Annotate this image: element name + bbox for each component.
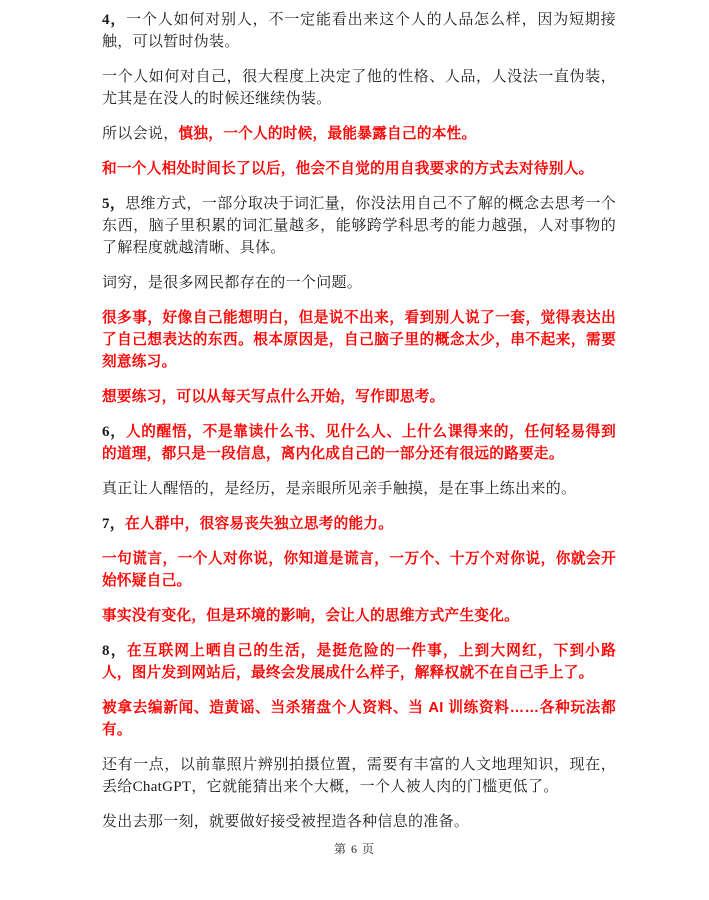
text-segment: 词穷，是很多网民都存在的一个问题。: [102, 275, 362, 291]
document-page: 4，一个人如何对别人，不一定能看出来这个人的人品怎么样，因为短期接触，可以暂时伪…: [0, 0, 709, 900]
emphasis-text-segment: 很多事，好像自己能想明白，但是说不出来，看到别人说了一套，觉得表达出了自己想表达…: [102, 310, 616, 370]
emphasis-text-segment: 在互联网上晒自己的生活，是挺危险的一件事，上到大网红，下到小路人，图片发到网站后…: [102, 643, 616, 681]
paragraph-number: 6，: [102, 424, 126, 440]
text-segment: 思维方式，一部分取决于词汇量，你没法用自己不了解的概念去思考一个东西，脑子里积累…: [102, 196, 616, 256]
emphasis-text-segment: 慎独，一个人的时候，最能暴露自己的本性。: [179, 126, 477, 142]
text-segment: 发出去那一刻，就要做好接受被捏造各种信息的准备。: [102, 814, 469, 830]
paragraph: 所以会说，慎独，一个人的时候，最能暴露自己的本性。: [102, 123, 616, 145]
paragraph-number: 7，: [102, 516, 125, 532]
page-number: 第 6 页: [0, 840, 709, 857]
emphasis-text-segment: 和一个人相处时间长了以后，他会不自觉的用自我要求的方式去对待别人。: [102, 161, 594, 177]
text-segment: 还有一点，以前靠照片辨别拍摄位置，需要有丰富的人文地理知识，现在，丢给ChatG…: [102, 757, 616, 795]
paragraph: 被拿去编新闻、造黄谣、当杀猪盘个人资料、当 AI 训练资料……各种玩法都有。: [102, 697, 616, 741]
paragraph: 8，在互联网上晒自己的生活，是挺危险的一件事，上到大网红，下到小路人，图片发到网…: [102, 640, 616, 684]
paragraph: 和一个人相处时间长了以后，他会不自觉的用自我要求的方式去对待别人。: [102, 158, 616, 180]
emphasis-text-segment: 事实没有变化，但是环境的影响，会让人的思维方式产生变化。: [102, 608, 519, 624]
paragraph: 4，一个人如何对别人，不一定能看出来这个人的人品怎么样，因为短期接触，可以暂时伪…: [102, 9, 616, 53]
text-segment: 一个人如何对自己，很大程度上决定了他的性格、人品，人没法一直伪装，尤其是在没人的…: [102, 69, 616, 107]
emphasis-text-segment: 在人群中，很容易丧失独立思考的能力。: [125, 516, 393, 532]
paragraph: 发出去那一刻，就要做好接受被捏造各种信息的准备。: [102, 811, 616, 833]
paragraph: 很多事，好像自己能想明白，但是说不出来，看到别人说了一套，觉得表达出了自己想表达…: [102, 307, 616, 373]
paragraph-number: 8，: [102, 643, 127, 659]
paragraph: 词穷，是很多网民都存在的一个问题。: [102, 272, 616, 294]
paragraph: 5，思维方式，一部分取决于词汇量，你没法用自己不了解的概念去思考一个东西，脑子里…: [102, 193, 616, 259]
emphasis-text-segment: 想要练习，可以从每天写点什么开始，写作即思考。: [102, 389, 445, 405]
emphasis-text-segment: 人的醒悟，不是靠读什么书、见什么人、上什么课得来的，任何轻易得到的道理，都只是一…: [102, 424, 616, 462]
paragraph: 7，在人群中，很容易丧失独立思考的能力。: [102, 513, 616, 535]
paragraph: 还有一点，以前靠照片辨别拍摄位置，需要有丰富的人文地理知识，现在，丢给ChatG…: [102, 754, 616, 798]
paragraph: 一个人如何对自己，很大程度上决定了他的性格、人品，人没法一直伪装，尤其是在没人的…: [102, 66, 616, 110]
document-body: 4，一个人如何对别人，不一定能看出来这个人的人品怎么样，因为短期接触，可以暂时伪…: [102, 9, 616, 846]
paragraph-number: 4，: [102, 12, 126, 28]
paragraph: 6，人的醒悟，不是靠读什么书、见什么人、上什么课得来的，任何轻易得到的道理，都只…: [102, 421, 616, 465]
text-segment: 真正让人醒悟的，是经历，是亲眼所见亲手触摸，是在事上练出来的。: [102, 481, 576, 497]
emphasis-text-segment: 被拿去编新闻、造黄谣、当杀猪盘个人资料、当 AI 训练资料……各种玩法都有。: [102, 700, 616, 738]
paragraph: 一句谎言，一个人对你说，你知道是谎言，一万个、十万个对你说，你就会开始怀疑自己。: [102, 548, 616, 592]
emphasis-text-segment: 一句谎言，一个人对你说，你知道是谎言，一万个、十万个对你说，你就会开始怀疑自己。: [102, 551, 616, 589]
text-segment: 所以会说，: [102, 126, 179, 142]
paragraph: 真正让人醒悟的，是经历，是亲眼所见亲手触摸，是在事上练出来的。: [102, 478, 616, 500]
paragraph: 事实没有变化，但是环境的影响，会让人的思维方式产生变化。: [102, 605, 616, 627]
paragraph: 想要练习，可以从每天写点什么开始，写作即思考。: [102, 386, 616, 408]
paragraph-number: 5，: [102, 196, 125, 212]
text-segment: 一个人如何对别人，不一定能看出来这个人的人品怎么样，因为短期接触，可以暂时伪装。: [102, 12, 616, 50]
